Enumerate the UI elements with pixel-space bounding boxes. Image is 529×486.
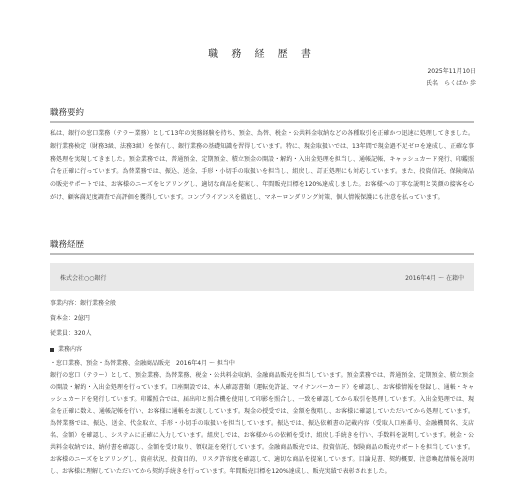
employment-period: 2016年4月 〜 在籍中 [405,273,464,282]
career-heading: 職務経歴 [50,238,474,255]
square-bullet-icon [50,348,54,352]
company-header: 株式会社○○銀行 2016年4月 〜 在籍中 [50,263,474,291]
summary-text: 私は、銀行の窓口業務（テラー業務）として13年の実務経験を持ち、預金、為替、税金… [50,128,474,205]
duty-description: 銀行の窓口（テラー）として、預金業務、為替業務、税金・公共料金収納、金融商品販売… [50,370,474,478]
capital: 資本金：2億円 [50,313,90,322]
name-value: らくばか 歩 [444,80,476,87]
duties-heading: 業務内容 [50,344,82,353]
duty-block: ・窓口業務、預金・為替業務、金融商品販売 2016年4月 〜 担当中 銀行の窓口… [50,358,474,478]
duty-title: ・窓口業務、預金・為替業務、金融商品販売 2016年4月 〜 担当中 [50,358,474,370]
business-description: 事業内容：銀行業務全般 [50,298,116,307]
name-label: 氏名 [426,80,438,87]
duties-heading-label: 業務内容 [58,346,82,353]
applicant-name: 氏名 らくばか 歩 [426,78,476,87]
company-name: 株式会社○○銀行 [60,273,106,282]
document-title: 職 務 経 歴 書 [50,45,474,60]
employees: 従業員：320人 [50,328,91,337]
summary-heading: 職務要約 [50,106,474,123]
document-date: 2025年11月10日 [427,66,476,75]
